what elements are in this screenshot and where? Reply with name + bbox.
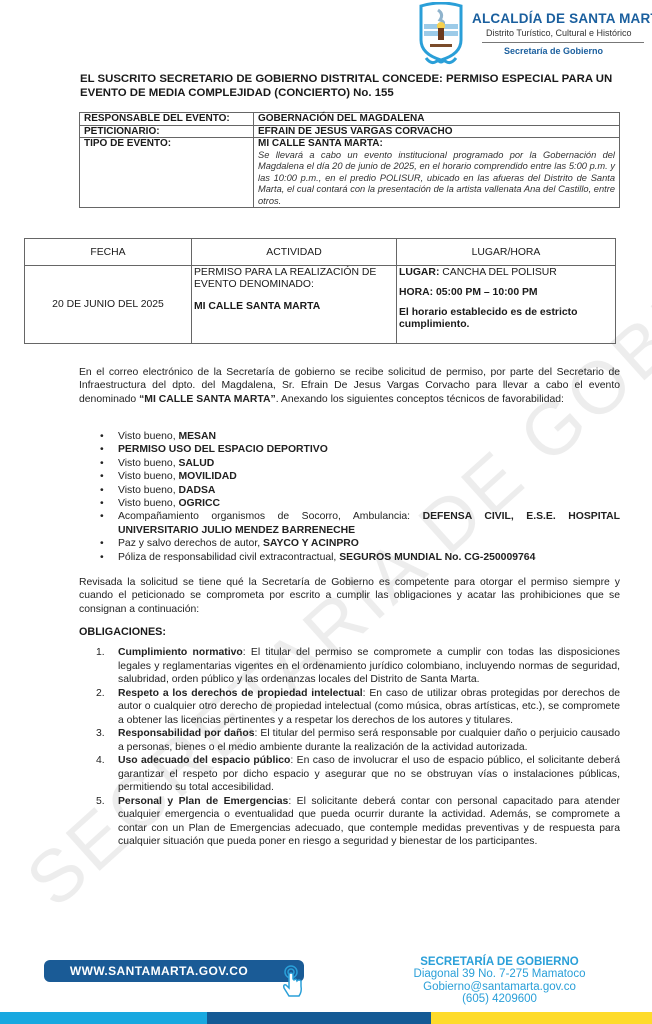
footer-bar-yellow (431, 1012, 652, 1024)
list-item: Acompañamiento organismos de Socorro, Am… (100, 510, 620, 537)
lugar-label: LUGAR: (399, 267, 439, 278)
value-tipo-evento: MI CALLE SANTA MARTA: Se llevará a cabo … (254, 138, 620, 208)
list-item: Paz y salvo derechos de autor, SAYCO Y A… (100, 537, 620, 550)
footer-bar-light-blue (0, 1012, 207, 1024)
list-item: 1.Cumplimiento normativo: El titular del… (96, 646, 620, 687)
list-item: 4.Uso adecuado del espacio público: En c… (96, 754, 620, 795)
list-item: Visto bueno, MESAN (100, 430, 620, 443)
header-lugar-hora: LUGAR/HORA (397, 239, 616, 266)
list-item: Póliza de responsabilidad civil extracon… (100, 551, 620, 564)
schedule-note: El horario establecido es de estricto cu… (399, 307, 577, 330)
list-item: 5.Personal y Plan de Emergencias: El sol… (96, 795, 620, 849)
contact-phone: (605) 4209600 (392, 993, 607, 1005)
list-item: Visto bueno, DADSA (100, 484, 620, 497)
contact-address: Diagonal 39 No. 7-275 Mamatoco (392, 968, 607, 980)
list-item: 3.Responsabilidad por daños: El titular … (96, 727, 620, 754)
list-item: Visto bueno, SALUD (100, 457, 620, 470)
obligations-list: 1.Cumplimiento normativo: El titular del… (96, 646, 620, 849)
value-peticionario: EFRAIN DE JESUS VARGAS CORVACHO (254, 125, 620, 138)
cell-lugar-hora: LUGAR: CANCHA DEL POLISUR HORA: 05:00 PM… (397, 266, 616, 344)
org-subtitle: Distrito Turístico, Cultural e Histórico (486, 28, 632, 38)
hora: HORA: 05:00 PM – 10:00 PM (399, 287, 538, 298)
website-link[interactable]: WWW.SANTAMARTA.GOV.CO (44, 960, 304, 982)
cell-fecha: 20 DE JUNIO DEL 2025 (25, 266, 192, 344)
event-description: Se llevará a cabo un evento instituciona… (258, 150, 615, 208)
footer-contact: SECRETARÍA DE GOBIERNO Diagonal 39 No. 7… (392, 956, 607, 1006)
concepts-list: Visto bueno, MESAN PERMISO USO DEL ESPAC… (100, 430, 620, 564)
contact-email[interactable]: Gobierno@santamarta.gov.co (392, 981, 607, 993)
footer-bar-dark-blue (207, 1012, 431, 1024)
contact-title: SECRETARÍA DE GOBIERNO (392, 956, 607, 968)
divider (482, 42, 644, 43)
header-actividad: ACTIVIDAD (192, 239, 397, 266)
cell-actividad: PERMISO PARA LA REALIZACIÓN DE EVENTO DE… (192, 266, 397, 344)
list-item: 2.Respeto a los derechos de propiedad in… (96, 687, 620, 728)
lugar-value: CANCHA DEL POLISUR (439, 267, 556, 278)
header-logo: ALCALDÍA DE SANTA MARTA Distrito Turísti… (418, 2, 648, 66)
actividad-intro: PERMISO PARA LA REALIZACIÓN DE EVENTO DE… (194, 267, 394, 291)
obligations-title: OBLIGACIONES: (79, 626, 166, 638)
review-paragraph: Revisada la solicitud se tiene qué la Se… (79, 576, 620, 616)
pointing-hand-click-icon (278, 964, 304, 1000)
table-header-row: FECHA ACTIVIDAD LUGAR/HORA (25, 239, 616, 266)
activity-table: FECHA ACTIVIDAD LUGAR/HORA 20 DE JUNIO D… (24, 238, 616, 344)
list-item: Visto bueno, MOVILIDAD (100, 470, 620, 483)
list-item: PERMISO USO DEL ESPACIO DEPORTIVO (100, 443, 620, 456)
actividad-name: MI CALLE SANTA MARTA (194, 301, 320, 312)
label-responsable: RESPONSABLE DEL EVENTO: (80, 113, 254, 126)
table-row: RESPONSABLE DEL EVENTO: GOBERNACIÓN DEL … (80, 113, 620, 126)
event-info-table: RESPONSABLE DEL EVENTO: GOBERNACIÓN DEL … (79, 112, 620, 208)
label-tipo-evento: TIPO DE EVENTO: (80, 138, 254, 208)
city-coat-of-arms-icon (418, 2, 464, 66)
department-name: Secretaría de Gobierno (504, 46, 603, 56)
table-row: 20 DE JUNIO DEL 2025 PERMISO PARA LA REA… (25, 266, 616, 344)
document-title: EL SUSCRITO SECRETARIO DE GOBIERNO DISTR… (80, 72, 620, 100)
list-item: Visto bueno, OGRICC (100, 497, 620, 510)
label-peticionario: PETICIONARIO: (80, 125, 254, 138)
intro-paragraph: En el correo electrónico de la Secretarí… (79, 366, 620, 406)
header-fecha: FECHA (25, 239, 192, 266)
table-row: TIPO DE EVENTO: MI CALLE SANTA MARTA: Se… (80, 138, 620, 208)
value-responsable: GOBERNACIÓN DEL MAGDALENA (254, 113, 620, 126)
table-row: PETICIONARIO: EFRAIN DE JESUS VARGAS COR… (80, 125, 620, 138)
org-name: ALCALDÍA DE SANTA MARTA (472, 11, 652, 26)
